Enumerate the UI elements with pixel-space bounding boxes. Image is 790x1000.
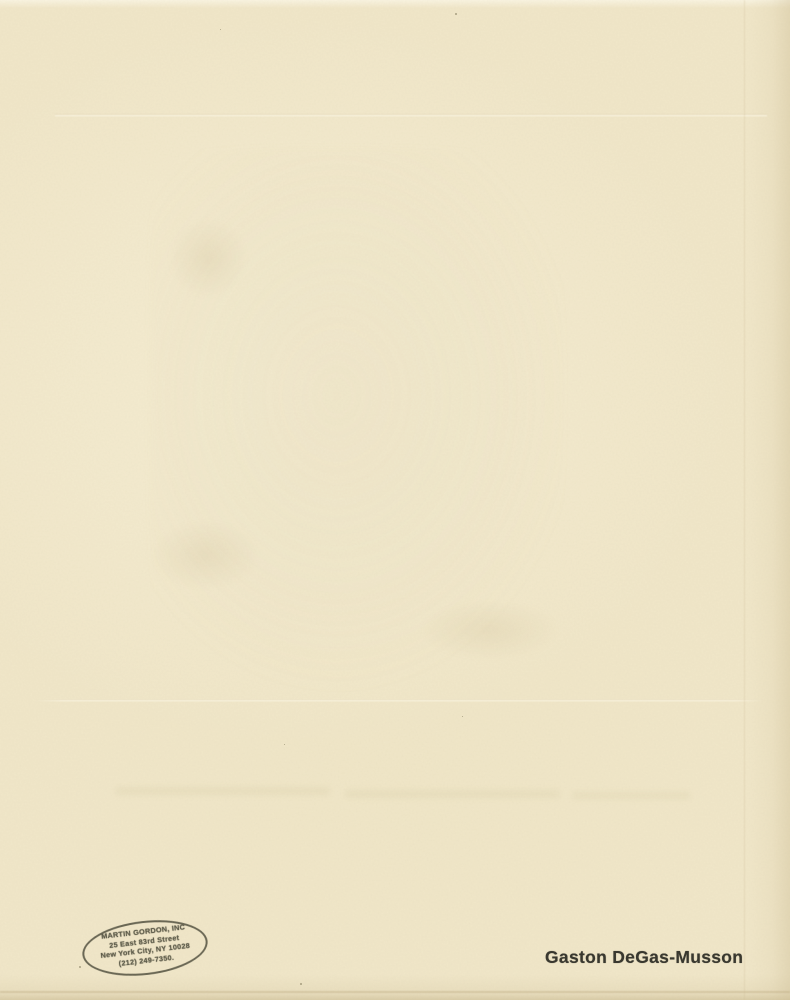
paper-mottle-spot [168,218,248,298]
paper-right-grain-line [744,0,745,1000]
paper-speck [300,983,302,985]
paper-mottle-spot [420,600,560,660]
show-through-smudge [572,792,690,799]
paper-speck [79,966,81,968]
show-through-smudge [115,787,330,795]
paper-speck [220,29,221,30]
scanned-paper-sheet: MARTIN GORDON, INC 25 East 83rd Street N… [0,0,790,1000]
paper-bottom-edge-shadow [0,991,790,993]
paper-crease-bottom [34,699,764,702]
stamp-text-block: MARTIN GORDON, INC 25 East 83rd Street N… [80,920,210,972]
paper-mottle-spot [150,520,260,590]
paper-speck [455,13,457,15]
gallery-stamp: MARTIN GORDON, INC 25 East 83rd Street N… [79,914,210,982]
paper-speck [462,716,463,717]
paper-speck [284,744,285,745]
artist-name-caption: Gaston DeGas-Musson [545,947,755,968]
paper-crease-top [55,114,767,117]
show-through-smudge [345,790,560,798]
